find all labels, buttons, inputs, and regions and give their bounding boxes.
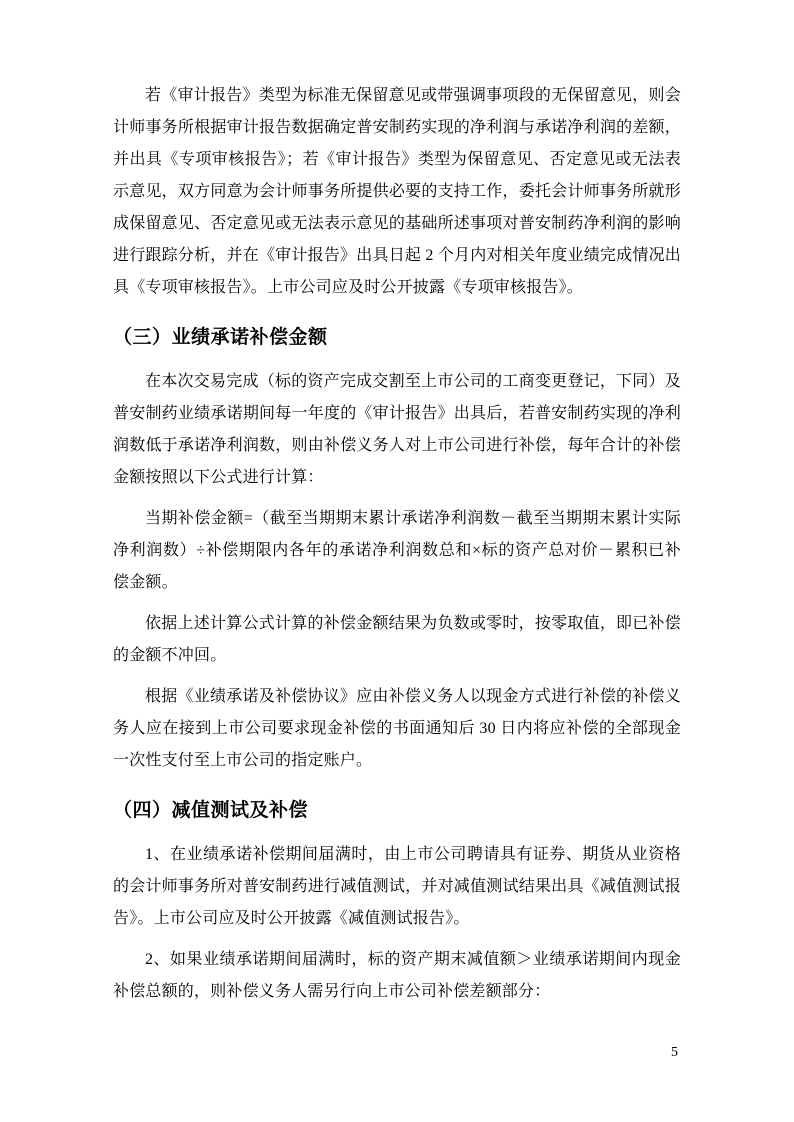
paragraph-compensation-trigger: 在本次交易完成（标的资产完成交割至上市公司的工商变更登记，下同）及普安制药业绩承… — [113, 366, 681, 494]
paragraph-audit-report-opinion-types: 若《审计报告》类型为标准无保留意见或带强调事项段的无保留意见，则会计师事务所根据… — [113, 80, 681, 304]
section-heading-impairment-test-and-compensation: （四）减值测试及补偿 — [113, 798, 681, 824]
paragraph-zero-or-negative-result: 依据上述计算公式计算的补偿金额结果为负数或零时，按零取值，即已补偿的金额不冲回。 — [113, 608, 681, 672]
document-page: 若《审计报告》类型为标准无保留意见或带强调事项段的无保留意见，则会计师事务所根据… — [0, 0, 794, 1122]
page-number: 5 — [671, 1046, 678, 1060]
section-heading-performance-compensation-amount: （三）业绩承诺补偿金额 — [113, 325, 681, 351]
paragraph-impairment-test-procedure: 1、在业绩承诺补偿期间届满时，由上市公司聘请具有证券、期货从业资格的会计师事务所… — [113, 839, 681, 935]
paragraph-cash-payment-deadline: 根据《业绩承诺及补偿协议》应由补偿义务人以现金方式进行补偿的补偿义务人应在接到上… — [113, 681, 681, 777]
document-content: 若《审计报告》类型为标准无保留意见或带强调事项段的无保留意见，则会计师事务所根据… — [113, 80, 681, 1017]
paragraph-impairment-excess-compensation: 2、如果业绩承诺期间届满时，标的资产期末减值额＞业绩承诺期间内现金补偿总额的，则… — [113, 944, 681, 1008]
paragraph-compensation-formula: 当期补偿金额=（截至当期期末累计承诺净利润数－截至当期期末累计实际净利润数）÷补… — [113, 503, 681, 599]
